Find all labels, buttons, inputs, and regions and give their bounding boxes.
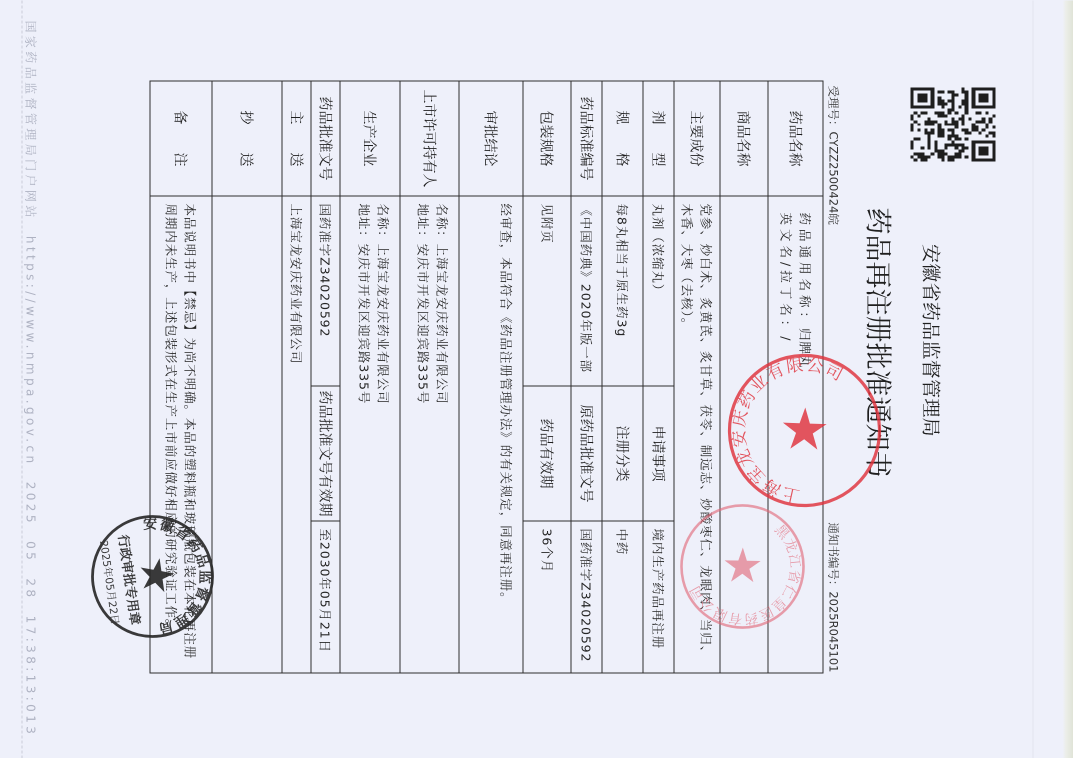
label-packaging: 包装规格 (523, 81, 571, 196)
label-manufacturer: 生产企业 (340, 81, 400, 196)
value-standard-number: 《中国药典》2020年版一部 (571, 196, 602, 386)
notice-number: 通知书编号：2025R045101 (825, 522, 841, 672)
star-icon (139, 556, 176, 594)
scan-fold-line (1032, 0, 1033, 758)
row-standard-number: 药品标准编号 《中国药典》2020年版一部 原药品批准文号 国药准字Z34020… (571, 81, 602, 673)
value-shelf-life: 36个月 (523, 521, 571, 673)
mah-name: 上海宝龙安庆药业有限公司 (434, 243, 449, 404)
label-conclusion: 审批结论 (459, 81, 523, 196)
label-marketing-authorization-holder: 上市许可持有人 (400, 81, 459, 196)
row-main-recipient: 主 送 上海宝龙安庆药业有限公司 (282, 81, 311, 673)
label-approval-validity: 药品批准文号有效期 (311, 386, 340, 521)
manufacturer-address-label: 地址： (356, 203, 371, 243)
row-approval-number: 药品批准文号 国药准字Z34020592 药品批准文号有效期 至2030年05月… (311, 81, 340, 673)
manufacturer-address: 安庆市开发区迎宾路335号 (356, 243, 371, 404)
mah-address: 安庆市开发区迎宾路335号 (415, 243, 430, 404)
label-strength: 规 格 (602, 81, 643, 196)
label-main-recipient: 主 送 (282, 81, 311, 196)
value-strength: 每8丸相当于原生药3g (602, 196, 643, 386)
value-main-recipient: 上海宝龙安庆药业有限公司 (282, 196, 311, 673)
row-conclusion: 审批结论 经审查，本品符合《药品注册管理办法》的有关规定，同意再注册。 (459, 81, 523, 673)
notice-page: 安徽省药品监督管理局 药品再注册批准通知书 受理号：CYZZ2500424皖 通… (0, 0, 1073, 758)
label-trade-name: 商品名称 (720, 81, 768, 196)
label-original-approval-number: 原药品批准文号 (571, 386, 602, 521)
value-approval-validity: 至2030年05月21日 (311, 521, 340, 673)
value-cc (212, 196, 282, 673)
value-dosage-form: 丸剂（浓缩丸） (643, 196, 674, 386)
star-icon (718, 543, 767, 592)
row-marketing-authorization-holder: 上市许可持有人 名称：上海宝龙安庆药业有限公司 地址：安庆市开发区迎宾路335号 (400, 81, 459, 673)
scan-edge (1062, 0, 1073, 758)
value-registration-class: 中药 (602, 521, 643, 673)
row-cc: 抄 送 (212, 81, 282, 673)
issuing-agency: 安徽省药品监督管理局 (918, 140, 945, 540)
label-registration-class: 注册分类 (602, 386, 643, 521)
label-shelf-life: 药品有效期 (523, 386, 571, 521)
manufacturer-name: 上海宝龙安庆药业有限公司 (375, 243, 390, 404)
value-approval-number: 国药准字Z34020592 (311, 196, 340, 386)
row-manufacturer: 生产企业 名称：上海宝龙安庆药业有限公司 地址：安庆市开发区迎宾路335号 (340, 81, 400, 673)
label-dosage-form: 剂 型 (643, 81, 674, 196)
label-approval-number: 药品批准文号 (311, 81, 340, 196)
value-packaging: 见附页 (523, 196, 571, 386)
acceptance-number-value: CYZZ2500424皖 (826, 131, 840, 224)
label-standard-number: 药品标准编号 (571, 81, 602, 196)
value-application-type: 境内生产药品再注册 (643, 521, 674, 673)
notice-number-label: 通知书编号： (826, 522, 840, 591)
mah-address-label: 地址： (415, 203, 430, 243)
star-icon (775, 402, 829, 457)
value-conclusion: 经审查，本品符合《药品注册管理办法》的有关规定，同意再注册。 (459, 196, 523, 673)
second-company-seal: 黑龙江省仁皇医药有限公司 (678, 502, 806, 630)
mah-name-label: 名称： (434, 203, 449, 243)
manufacturer-name-label: 名称： (375, 203, 390, 243)
generic-name-label: 药品通用名称： (797, 212, 812, 328)
label-drug-name: 药品名称 (768, 81, 823, 196)
company-seal: 上海宝龙安庆药业有限公司 (726, 352, 882, 508)
label-cc: 抄 送 (212, 81, 282, 196)
label-ingredients: 主要成份 (674, 81, 720, 196)
acceptance-number: 受理号：CYZZ2500424皖 (825, 85, 841, 224)
english-name: / (778, 336, 793, 341)
value-original-approval-number: 国药准字Z34020592 (571, 521, 602, 673)
approval-seal: 安徽省药品监督管理局 行政审批专用章 2025年05月22日 (90, 514, 214, 638)
acceptance-number-label: 受理号： (826, 85, 840, 131)
portal-watermark: 国家药品监督管理局门户网站 https://www.nmpa.gov.cn 20… (22, 20, 39, 720)
row-packaging: 包装规格 见附页 药品有效期 36个月 (523, 81, 571, 673)
notice-number-value: 2025R045101 (826, 591, 840, 672)
english-name-label: 英文名/拉丁名： (778, 212, 793, 336)
label-remarks: 备 注 (150, 81, 212, 196)
label-application-type: 申请事项 (643, 386, 674, 521)
value-manufacturer: 名称：上海宝龙安庆药业有限公司 地址：安庆市开发区迎宾路335号 (340, 196, 400, 673)
value-marketing-authorization-holder: 名称：上海宝龙安庆药业有限公司 地址：安庆市开发区迎宾路335号 (400, 196, 459, 673)
row-strength: 规 格 每8丸相当于原生药3g 注册分类 中药 (602, 81, 643, 673)
row-dosage-form: 剂 型 丸剂（浓缩丸） 申请事项 境内生产药品再注册 (643, 81, 674, 673)
